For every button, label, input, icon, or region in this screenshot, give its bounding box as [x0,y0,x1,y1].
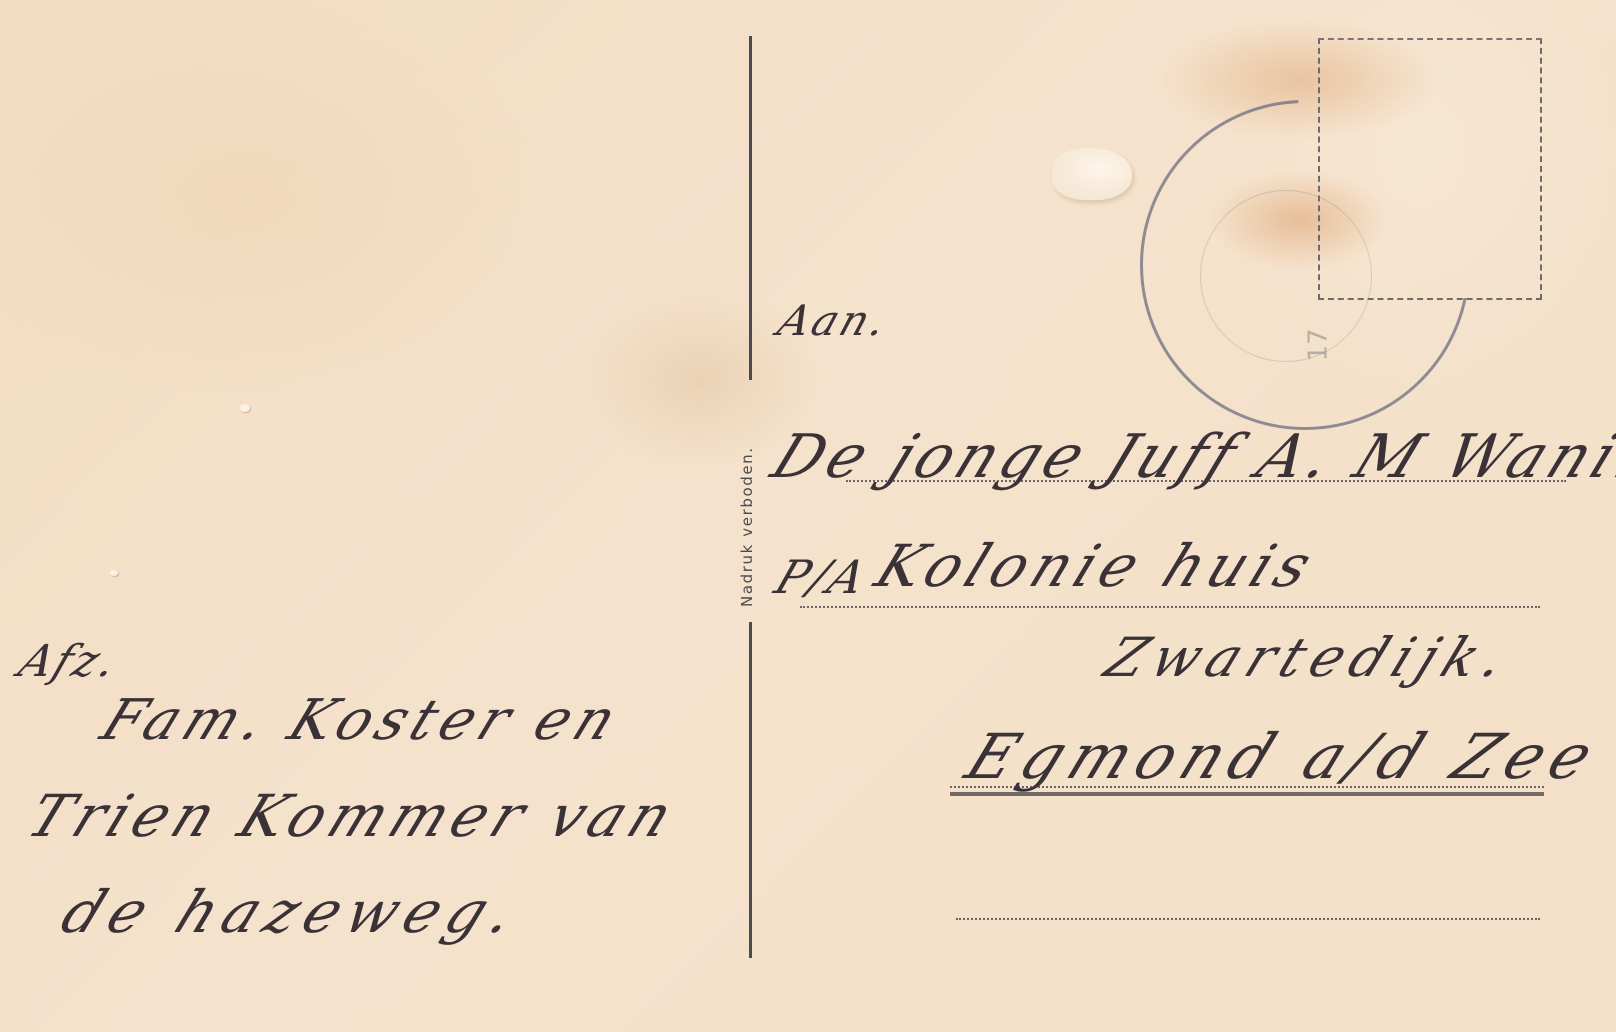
paper-speck [110,570,118,576]
embossed-mark-icon [1052,148,1132,200]
recipient-care-of: P/A [768,550,876,604]
divider-line [749,622,752,958]
recipient-street: Zwartedijk. [1096,626,1523,689]
postmark-date: 17 [1304,328,1334,361]
city-underline [950,792,1544,796]
address-line-4 [956,918,1540,920]
paper-speck [240,404,250,412]
recipient-name: De jonge Juff A. M Wanink [762,422,1616,492]
recipient-city: Egmond a/d Zee [956,720,1612,793]
sender-line-2: Trien Kommer van [18,782,688,850]
divider-line [749,36,752,380]
sender-label: Afz. [12,636,127,687]
sender-line-1: Fam. Koster en [92,688,632,753]
sender-line-3: de hazeweg. [52,878,534,946]
postcard-back: 17 Nadruk verboden. Aan. De jonge Juff A… [0,0,1616,1032]
print-notice: Nadruk verboden. [738,446,756,607]
recipient-institution: Kolonie huis [866,532,1327,600]
recipient-label: Aan. [772,296,896,345]
address-line-2 [800,606,1540,608]
stamp-box [1318,38,1542,300]
